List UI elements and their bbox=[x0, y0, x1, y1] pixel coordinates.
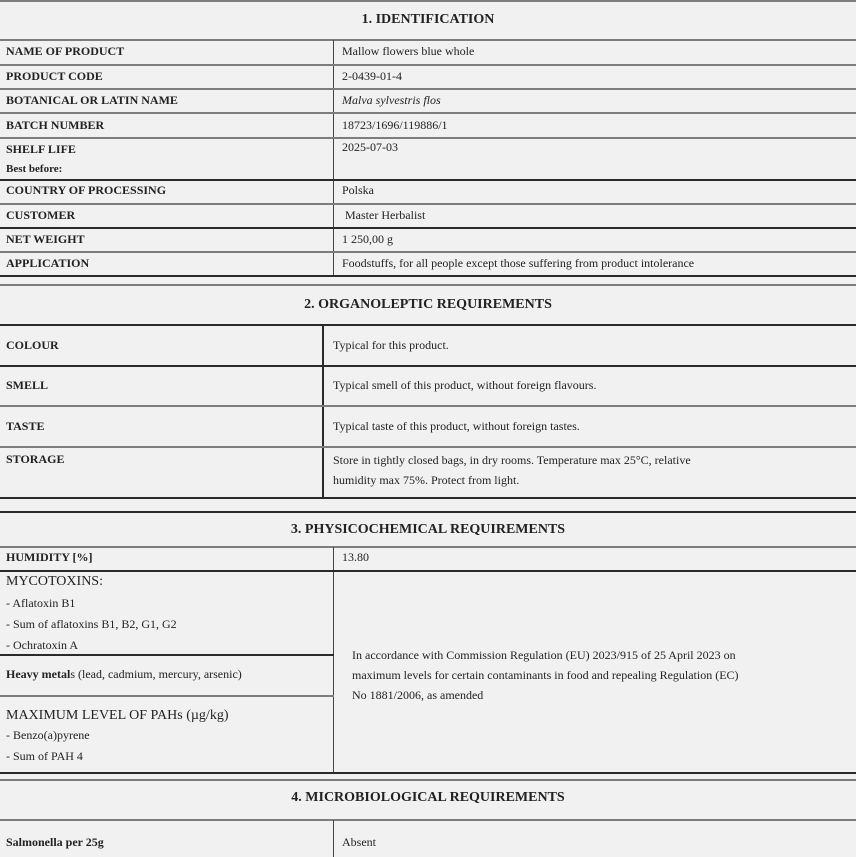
label-smell: SMELL bbox=[6, 378, 48, 392]
label-net-weight: NET WEIGHT bbox=[6, 232, 85, 246]
label-best-before: Best before: bbox=[6, 162, 62, 176]
label-pahs: MAXIMUM LEVEL OF PAHs (µg/kg) bbox=[6, 709, 228, 723]
value-humidity: 13.80 bbox=[342, 550, 369, 564]
column-divider bbox=[333, 547, 334, 773]
table-border bbox=[0, 772, 856, 774]
row-border bbox=[0, 112, 856, 114]
row-border bbox=[0, 405, 856, 407]
value-storage-line-1: Store in tightly closed bags, in dry roo… bbox=[333, 453, 691, 467]
value-botanical-name: Malva sylvestris flos bbox=[342, 93, 441, 107]
label-taste: TASTE bbox=[6, 419, 44, 433]
mycotoxin-item: - Ochratoxin A bbox=[6, 638, 78, 652]
value-product-code: 2-0439-01-4 bbox=[342, 69, 402, 83]
table-border bbox=[0, 324, 856, 326]
value-taste: Typical taste of this product, without f… bbox=[333, 419, 580, 433]
value-storage-line-2: humidity max 75%. Protect from light. bbox=[333, 473, 519, 487]
row-border bbox=[0, 695, 334, 697]
section-title-organoleptic: 2. ORGANOLEPTIC REQUIREMENTS bbox=[0, 297, 856, 313]
section-title-physicochemical: 3. PHYSICOCHEMICAL REQUIREMENTS bbox=[0, 522, 856, 538]
column-divider bbox=[333, 40, 334, 276]
pah-item: - Benzo(a)pyrene bbox=[6, 728, 90, 742]
table-border bbox=[0, 819, 856, 821]
column-divider bbox=[322, 325, 324, 498]
table-border bbox=[0, 275, 856, 277]
label-colour: COLOUR bbox=[6, 338, 59, 352]
table-border bbox=[0, 284, 856, 286]
row-border bbox=[0, 179, 856, 181]
regulation-text-line-3: No 1881/2006, as amended bbox=[352, 688, 483, 702]
label-heavy-metals-bold: Heavy metal bbox=[6, 667, 70, 681]
row-border bbox=[0, 88, 856, 90]
row-border bbox=[0, 64, 856, 66]
value-batch-number: 18723/1696/119886/1 bbox=[342, 118, 448, 132]
label-heavy-metals: Heavy metals (lead, cadmium, mercury, ar… bbox=[6, 667, 242, 681]
table-border bbox=[0, 0, 856, 2]
column-divider bbox=[333, 820, 334, 857]
section-title-microbiological: 4. MICROBIOLOGICAL REQUIREMENTS bbox=[0, 790, 856, 806]
row-border bbox=[0, 570, 856, 572]
label-product-code: PRODUCT CODE bbox=[6, 69, 103, 83]
value-net-weight: 1 250,00 g bbox=[342, 232, 393, 246]
value-smell: Typical smell of this product, without f… bbox=[333, 378, 596, 392]
label-application: APPLICATION bbox=[6, 256, 89, 270]
label-botanical-name: BOTANICAL OR LATIN NAME bbox=[6, 93, 178, 107]
label-shelf-life: SHELF LIFE bbox=[6, 142, 76, 156]
value-colour: Typical for this product. bbox=[333, 338, 449, 352]
value-shelf-life: 2025-07-03 bbox=[342, 140, 398, 154]
row-border bbox=[0, 227, 856, 229]
pah-item: - Sum of PAH 4 bbox=[6, 749, 83, 763]
table-border bbox=[0, 497, 856, 499]
value-country-of-processing: Polska bbox=[342, 183, 374, 197]
table-border bbox=[0, 546, 856, 548]
label-customer: CUSTOMER bbox=[6, 208, 75, 222]
regulation-text-line-2: maximum levels for certain contaminants … bbox=[352, 668, 739, 682]
regulation-text-line-1: In accordance with Commission Regulation… bbox=[352, 648, 736, 662]
row-border bbox=[0, 446, 856, 448]
section-title-identification: 1. IDENTIFICATION bbox=[0, 12, 856, 28]
label-batch-number: BATCH NUMBER bbox=[6, 118, 104, 132]
table-border bbox=[0, 779, 856, 781]
row-border bbox=[0, 251, 856, 253]
row-border bbox=[0, 654, 334, 656]
row-border bbox=[0, 365, 856, 367]
label-storage: STORAGE bbox=[6, 452, 64, 466]
table-border bbox=[0, 511, 856, 513]
row-border bbox=[0, 203, 856, 205]
label-salmonella: Salmonella per 25g bbox=[6, 835, 104, 849]
label-country-of-processing: COUNTRY OF PROCESSING bbox=[6, 183, 166, 197]
mycotoxin-item: - Sum of aflatoxins B1, B2, G1, G2 bbox=[6, 617, 177, 631]
value-name-of-product: Mallow flowers blue whole bbox=[342, 44, 474, 58]
label-name-of-product: NAME OF PRODUCT bbox=[6, 44, 124, 58]
label-mycotoxins: MYCOTOXINS: bbox=[6, 575, 103, 589]
label-heavy-metals-rest: s (lead, cadmium, mercury, arsenic) bbox=[70, 667, 241, 681]
value-application: Foodstuffs, for all people except those … bbox=[342, 256, 694, 270]
value-customer: Master Herbalist bbox=[345, 208, 425, 222]
label-humidity: HUMIDITY [%] bbox=[6, 550, 93, 564]
row-border bbox=[0, 137, 856, 139]
table-border bbox=[0, 39, 856, 41]
value-salmonella: Absent bbox=[342, 835, 376, 849]
mycotoxin-item: - Aflatoxin B1 bbox=[6, 596, 75, 610]
